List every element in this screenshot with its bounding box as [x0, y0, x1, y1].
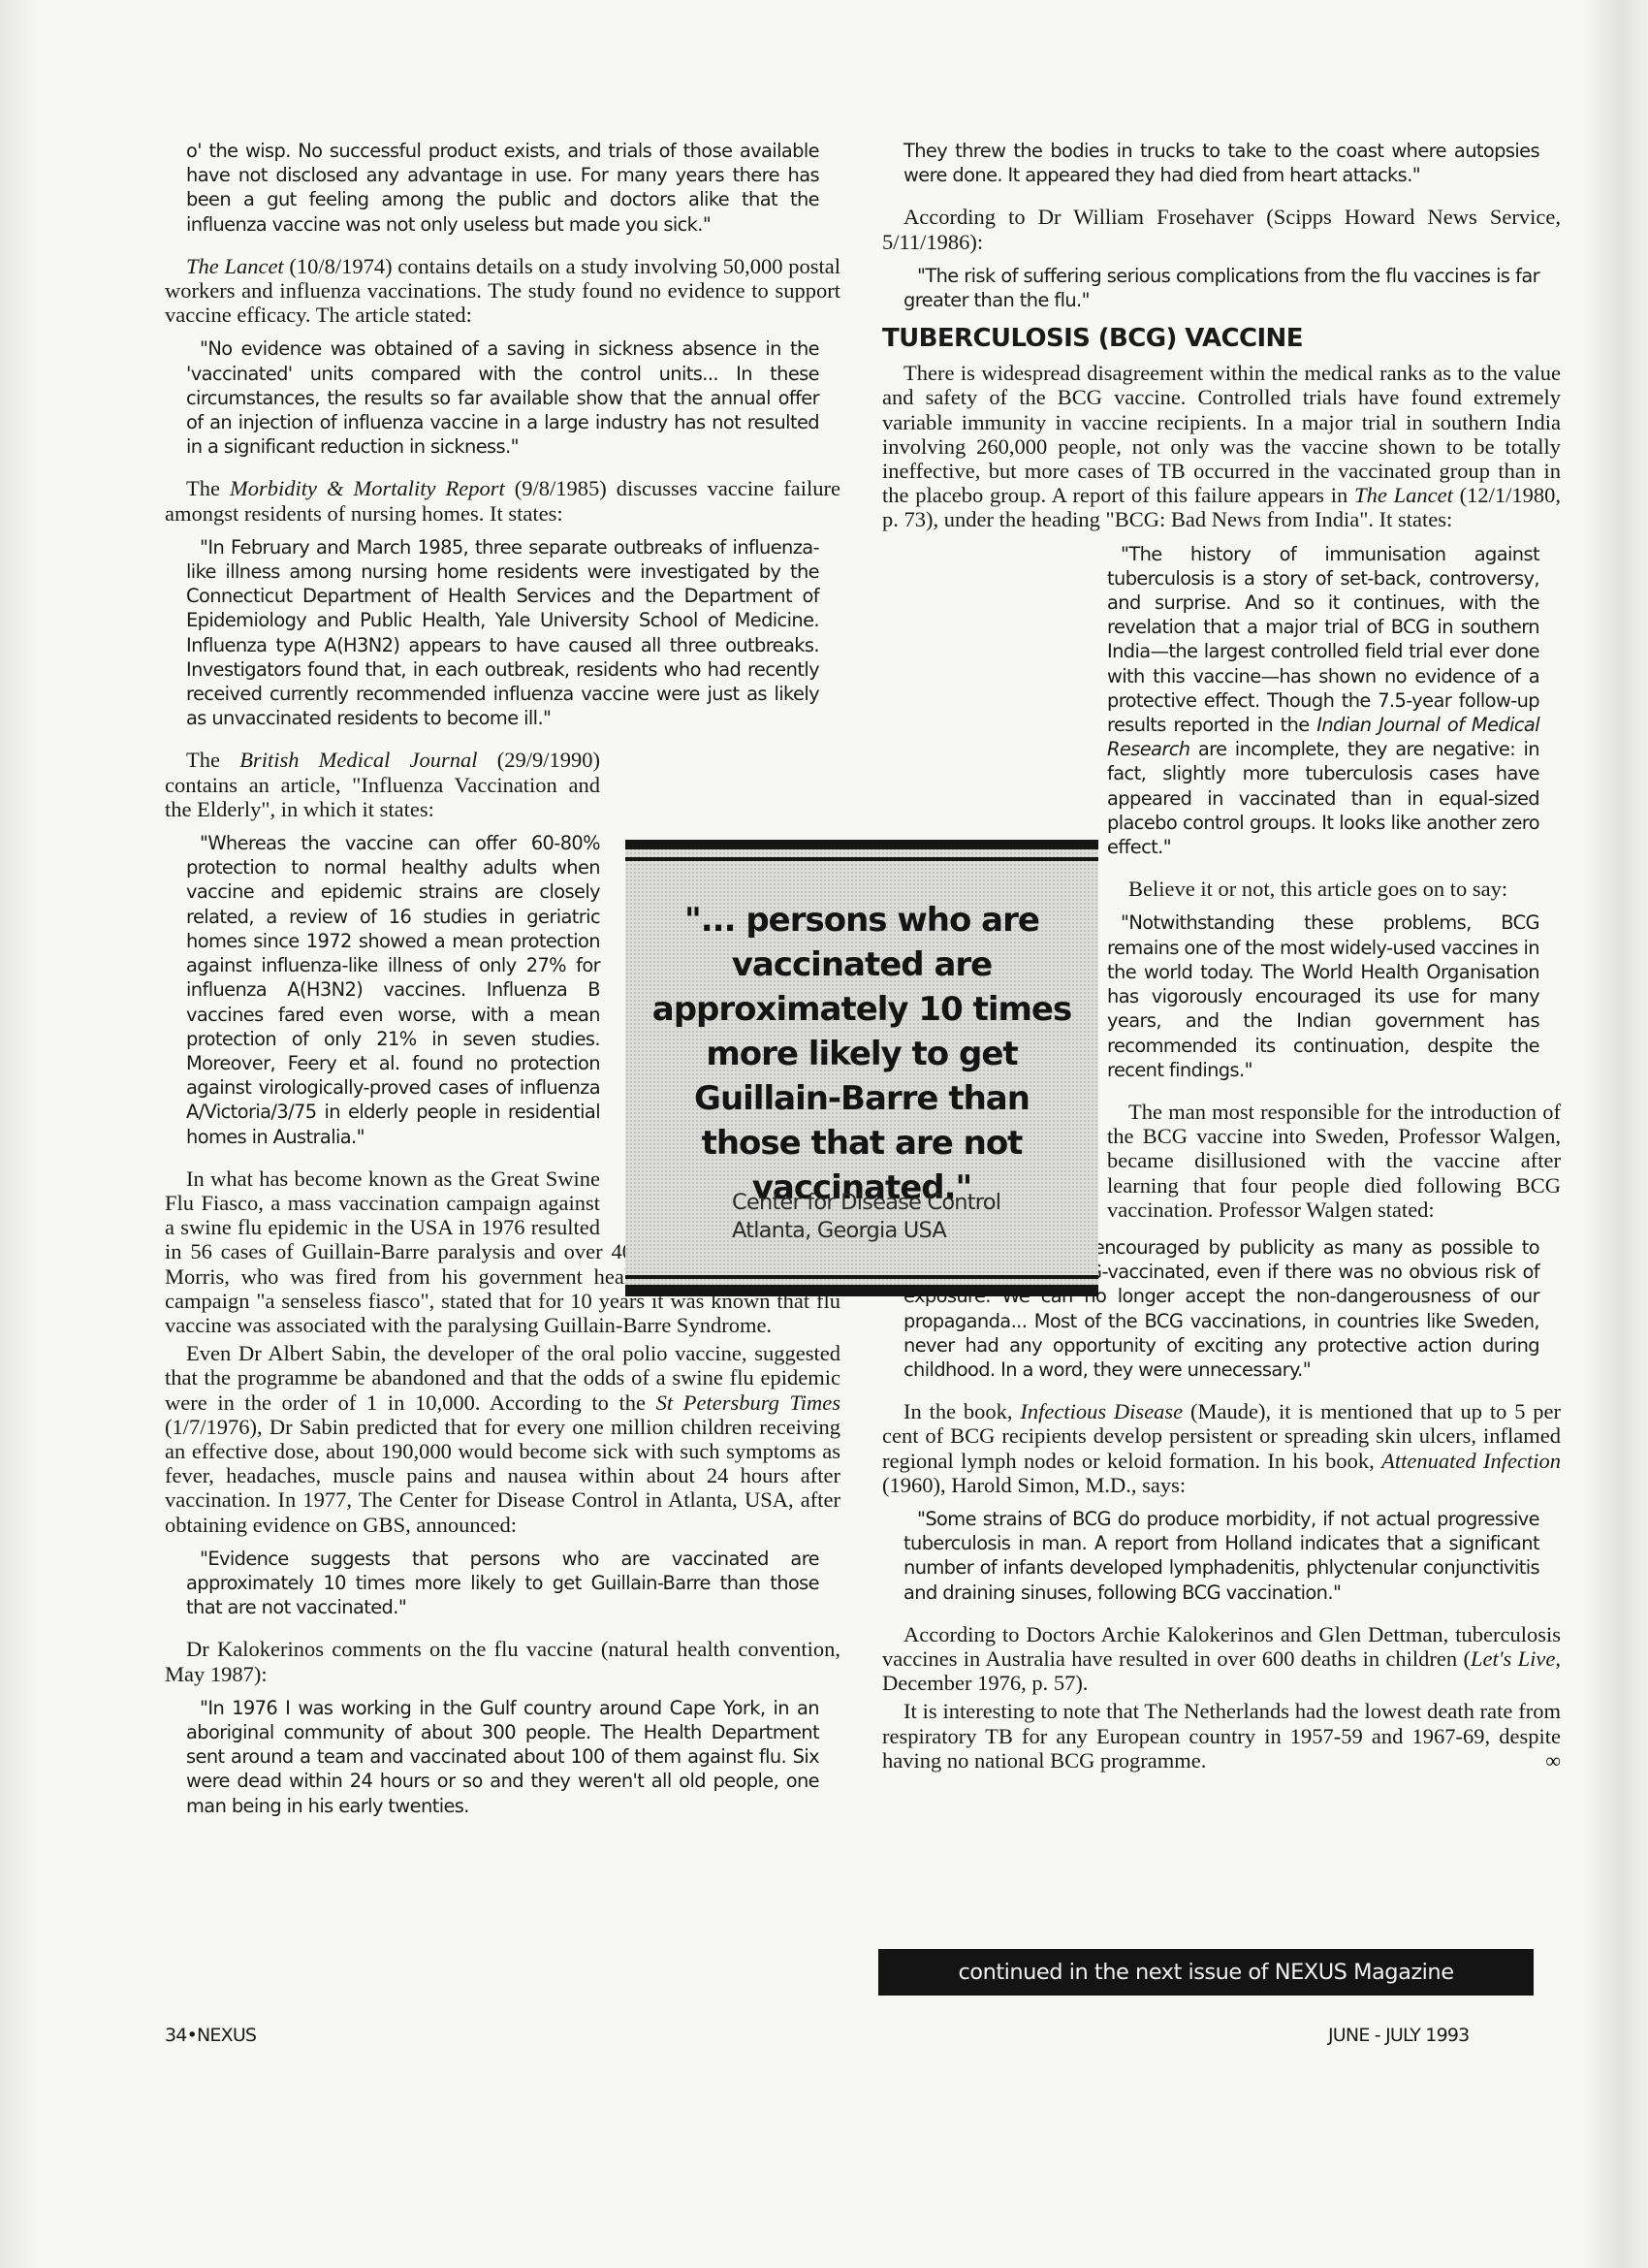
- pull-quote-top-thin-rule: [625, 857, 1098, 861]
- source-title: The Lancet: [1354, 483, 1453, 507]
- source-title: Morbidity & Mortality Report: [230, 476, 505, 500]
- mmr-quote: "In February and March 1985, three separ…: [165, 535, 840, 731]
- dettman-paragraph: According to Doctors Archie Kalokerinos …: [882, 1622, 1561, 1696]
- page-gutter-shadow: [1580, 0, 1648, 2268]
- pull-quote-box: "... persons who are vaccinated are appr…: [625, 840, 1098, 1296]
- pull-quote-text: "... persons who are vaccinated are appr…: [645, 898, 1079, 1210]
- frosehaver-quote: "The risk of suffering serious complicat…: [882, 264, 1561, 312]
- cdc-quote: "Evidence suggests that persons who are …: [165, 1547, 840, 1620]
- kalokerinos-paragraph: Dr Kalokerinos comments on the flu vacci…: [165, 1637, 840, 1685]
- pull-quote-attribution: Center for Disease Control Atlanta, Geor…: [732, 1189, 1000, 1245]
- source-title: Infectious Disease: [1020, 1399, 1183, 1423]
- page-edge-shadow: [0, 0, 39, 2268]
- frosehaver-paragraph: According to Dr William Frosehaver (Scip…: [882, 205, 1561, 253]
- pull-quote-top-rule: [625, 840, 1098, 849]
- simon-quote: "Some strains of BCG do produce morbidit…: [882, 1507, 1561, 1605]
- end-mark-icon: ∞: [1524, 1748, 1561, 1773]
- source-title: Let's Live: [1471, 1646, 1555, 1671]
- section-heading: TUBERCULOSIS (BCG) VACCINE: [882, 324, 1561, 353]
- continued-quote: They threw the bodies in trucks to take …: [882, 139, 1561, 187]
- lancet-quote: "No evidence was obtained of a saving in…: [165, 336, 840, 459]
- mmr-paragraph: The Morbidity & Mortality Report (9/8/19…: [165, 476, 840, 525]
- continued-banner: continued in the next issue of NEXUS Mag…: [878, 1949, 1534, 1996]
- lancet-paragraph: The Lancet (10/8/1974) contains details …: [165, 254, 840, 328]
- source-title: British Medical Journal: [239, 748, 477, 772]
- issue-date-footer: JUNE - JULY 1993: [1328, 2025, 1469, 2046]
- kalokerinos-quote: "In 1976 I was working in the Gulf count…: [165, 1696, 840, 1818]
- maude-paragraph: In the book, Infectious Disease (Maude),…: [882, 1399, 1561, 1497]
- continued-quote: o' the wisp. No successful product exist…: [165, 139, 840, 237]
- source-title: Attenuated Infection: [1381, 1449, 1561, 1473]
- netherlands-paragraph: It is interesting to note that The Nethe…: [882, 1699, 1561, 1773]
- source-title: St Petersburg Times: [656, 1390, 840, 1415]
- pull-quote-bottom-thin-rule: [625, 1275, 1098, 1279]
- pull-quote-bottom-rule: [625, 1285, 1098, 1296]
- page-number-footer: 34•NEXUS: [165, 2025, 256, 2046]
- source-title: The Lancet: [186, 254, 284, 278]
- bcg-intro-paragraph: There is widespread disagreement within …: [882, 361, 1561, 531]
- sabin-paragraph: Even Dr Albert Sabin, the developer of t…: [165, 1341, 840, 1537]
